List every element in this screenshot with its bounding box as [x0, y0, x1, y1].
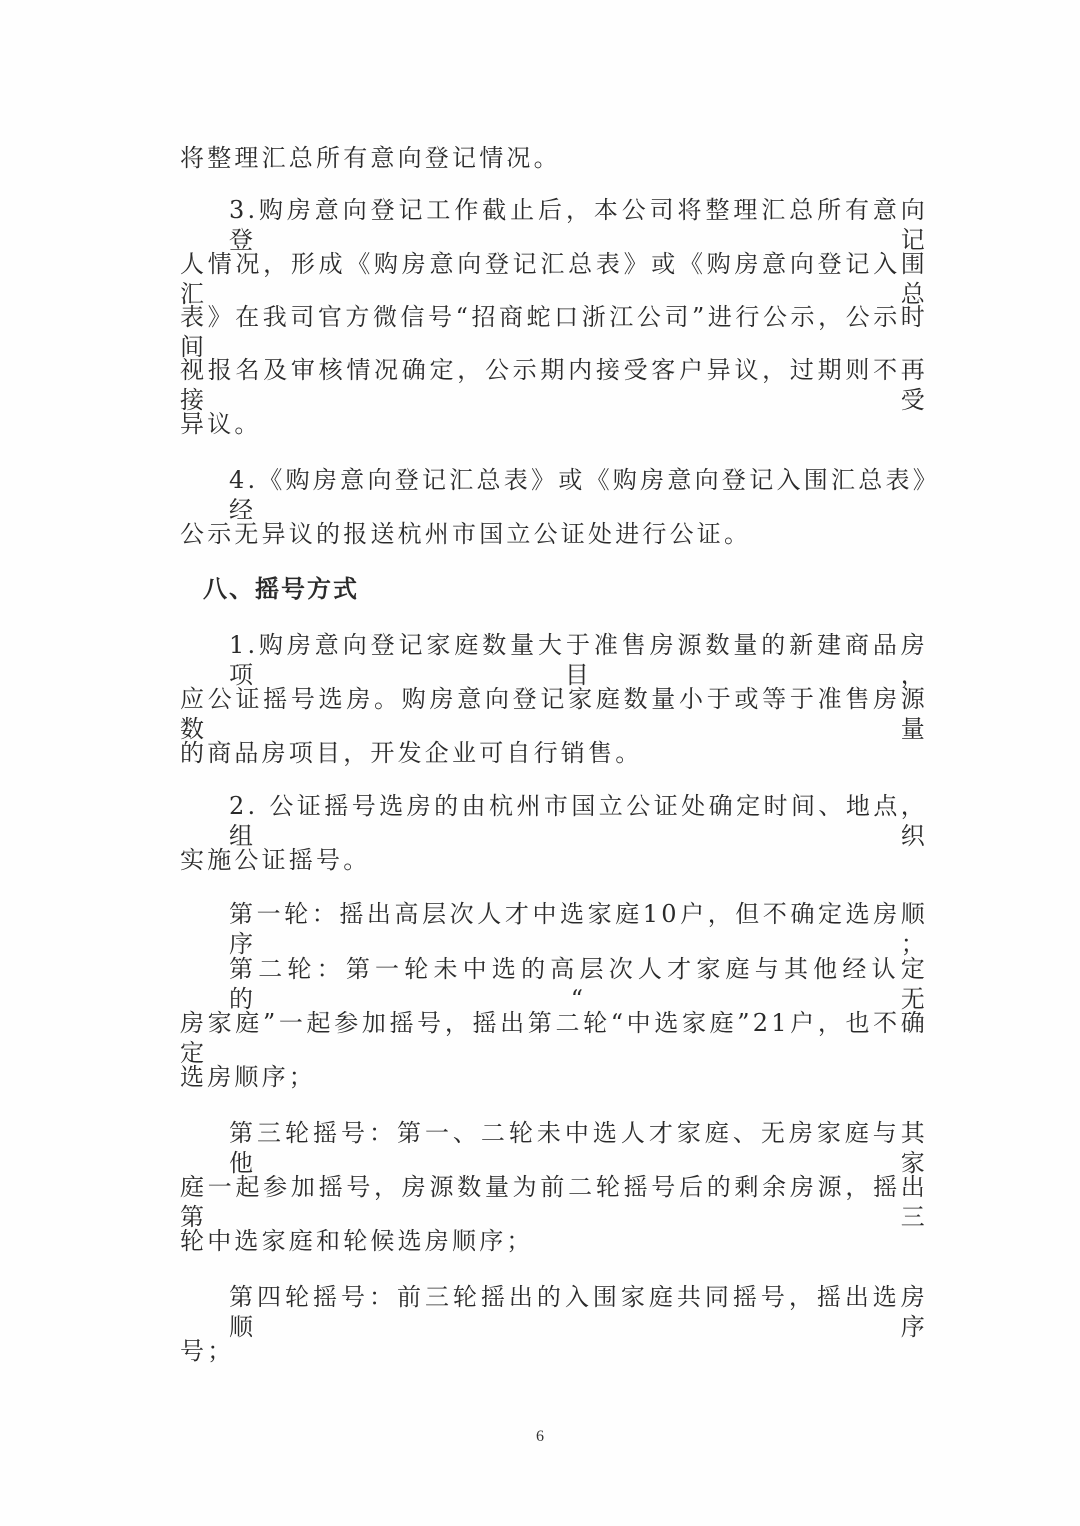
text-line: 实施公证摇号。: [180, 845, 928, 875]
text-line: 异议。: [180, 409, 928, 439]
text-line: 人情况，形成《购房意向登记汇总表》或《购房意向登记入围汇总: [180, 249, 928, 309]
text-line: 第四轮摇号：前三轮摇出的入围家庭共同摇号，摇出选房顺序: [229, 1282, 928, 1342]
section-heading: 八、摇号方式: [203, 574, 951, 604]
text-line: 的商品房项目，开发企业可自行销售。: [180, 738, 928, 768]
text-line: 4.《购房意向登记汇总表》或《购房意向登记入围汇总表》经: [229, 465, 928, 525]
text-line: 公示无异议的报送杭州市国立公证处进行公证。: [180, 519, 928, 549]
text-line: 应公证摇号选房。购房意向登记家庭数量小于或等于准售房源数量: [180, 684, 928, 744]
text-line: 视报名及审核情况确定，公示期内接受客户异议，过期则不再接受: [180, 355, 928, 415]
text-line: 第一轮：摇出高层次人才中选家庭10户，但不确定选房顺序；: [229, 899, 928, 959]
text-line: 表》在我司官方微信号“招商蛇口浙江公司”进行公示，公示时间: [180, 302, 928, 362]
text-line: 庭一起参加摇号，房源数量为前二轮摇号后的剩余房源，摇出第三: [180, 1172, 928, 1232]
page-number: 6: [0, 1428, 1080, 1446]
text-line: 3.购房意向登记工作截止后，本公司将整理汇总所有意向登记: [229, 195, 928, 255]
text-line: 房家庭”一起参加摇号，摇出第二轮“中选家庭”21户，也不确定: [180, 1008, 928, 1068]
text-line: 第二轮：第一轮未中选的高层次人才家庭与其他经认定的“无: [229, 954, 928, 1014]
text-line: 号；: [180, 1336, 928, 1366]
text-line: 将整理汇总所有意向登记情况。: [180, 143, 928, 173]
text-line: 选房顺序；: [180, 1062, 928, 1092]
text-line: 轮中选家庭和轮候选房顺序；: [180, 1226, 928, 1256]
text-line: 2. 公证摇号选房的由杭州市国立公证处确定时间、地点，组织: [229, 791, 928, 851]
text-line: 第三轮摇号：第一、二轮未中选人才家庭、无房家庭与其他家: [229, 1118, 928, 1178]
document-page: 将整理汇总所有意向登记情况。3.购房意向登记工作截止后，本公司将整理汇总所有意向…: [0, 0, 1080, 1526]
text-line: 1.购房意向登记家庭数量大于准售房源数量的新建商品房项目，: [229, 630, 928, 690]
